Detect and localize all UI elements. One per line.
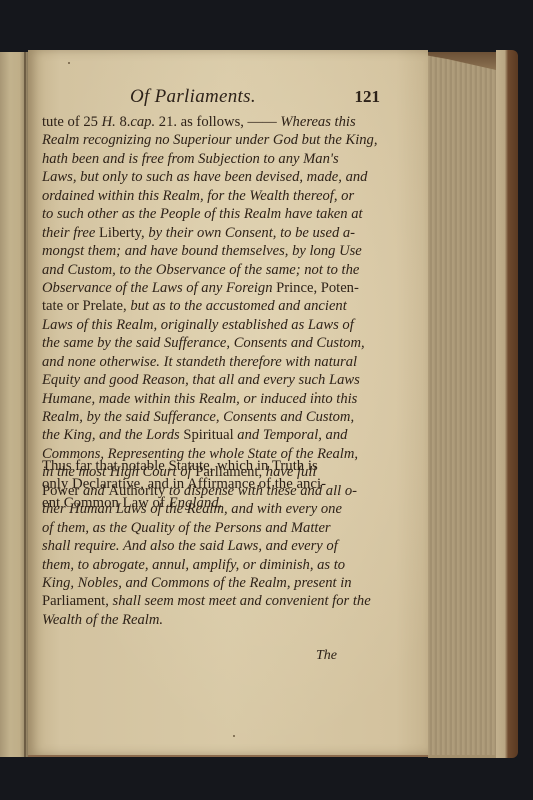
text-line: Humane, made within this Realm, or induc… xyxy=(42,390,295,408)
text-line: Observance of the Laws of any Foreign Pr… xyxy=(42,279,295,297)
text-line: King, Nobles, and Commons of the Realm, … xyxy=(42,574,295,592)
italic-text: shall require. And also the said Laws, a… xyxy=(42,538,338,554)
running-head: Of Parliaments. xyxy=(130,86,256,108)
italic-text: mongst them; and have bound themselves, … xyxy=(42,243,362,259)
text-line: and Custom, to the Observance of the sam… xyxy=(42,261,295,279)
paper-speck xyxy=(68,62,70,64)
italic-text: their free xyxy=(42,225,99,241)
italic-text: hath been and is free from Subjection to… xyxy=(42,151,339,167)
roman-text: 21. as follows, —— xyxy=(155,114,280,130)
italic-text: and Temporal, and xyxy=(234,427,348,443)
page-block-edges xyxy=(428,52,496,758)
text-line: Laws, but only to such as have been devi… xyxy=(42,168,295,186)
text-line: and none otherwise. It standeth therefor… xyxy=(42,353,295,371)
commentary-paragraph: Thus far that notable Statute, which in … xyxy=(42,457,295,512)
text-line: of them, as the Quality of the Persons a… xyxy=(42,519,295,537)
roman-text: 8. xyxy=(116,114,131,130)
text-line: Realm recognizing no Superiour under God… xyxy=(42,131,295,149)
italic-text: Laws, but only to such as have been devi… xyxy=(42,169,367,185)
catchword: The xyxy=(316,648,337,664)
italic-text: and Custom, to the Observance of the sam… xyxy=(42,262,359,278)
roman-text: Parliament, xyxy=(42,593,109,609)
roman-text: tate or Prelate, xyxy=(42,298,127,314)
italic-text: ordained within this Realm, for the Weal… xyxy=(42,188,354,204)
italic-text: Realm recognizing no Superiour under God… xyxy=(42,132,378,148)
page-number: 121 xyxy=(355,87,381,107)
text-line: their free Liberty, by their own Consent… xyxy=(42,224,295,242)
italic-text: Laws of this Realm, originally establish… xyxy=(42,317,354,333)
text-line: Parliament, shall seem most meet and con… xyxy=(42,592,295,610)
text-line: to such other as the People of this Real… xyxy=(42,205,295,223)
italic-text: King, Nobles, and Commons of the Realm, … xyxy=(42,575,352,591)
text-line: mongst them; and have bound themselves, … xyxy=(42,242,295,260)
statute-quotation-paragraph: tute of 25 H. 8.cap. 21. as follows, —— … xyxy=(42,113,295,629)
text-line: tate or Prelate, but as to the accustome… xyxy=(42,297,295,315)
page-header: Of Parliaments. 121 xyxy=(130,86,380,110)
text-line: them, to abrogate, annul, amplify, or di… xyxy=(42,556,295,574)
italic-text: of them, as the Quality of the Persons a… xyxy=(42,520,331,536)
book-cover-edge xyxy=(496,50,518,758)
text-line: the King, and the Lords Spiritual and Te… xyxy=(42,426,295,444)
text-line: only Declarative, and in Affirmance of t… xyxy=(42,475,295,493)
italic-text: by their own Consent, to be used a- xyxy=(145,225,355,241)
italic-text: cap. xyxy=(130,114,155,130)
italic-text: Wealth of the Realm. xyxy=(42,612,163,628)
roman-text: Prince, Poten- xyxy=(276,280,359,296)
text-line: hath been and is free from Subjection to… xyxy=(42,150,295,168)
italic-text: but as to the accustomed and ancient xyxy=(127,298,347,314)
italic-text: Observance of the Laws of any Foreign xyxy=(42,280,276,296)
italic-text: the same by the said Sufferance, Consent… xyxy=(42,335,365,351)
italic-text: Equity and good Reason, that all and eve… xyxy=(42,372,360,388)
text-line: Wealth of the Realm. xyxy=(42,611,295,629)
book-photograph: Of Parliaments. 121 tute of 25 H. 8.cap.… xyxy=(0,0,533,800)
roman-text: ent Common Law of xyxy=(42,495,169,511)
roman-text: only Declarative, and in Affirmance of t… xyxy=(42,476,326,492)
text-line: Realm, by the said Sufferance, Consents … xyxy=(42,408,295,426)
previous-page-edge xyxy=(0,52,28,757)
text-line: Laws of this Realm, originally establish… xyxy=(42,316,295,334)
italic-text: the King, and the Lords xyxy=(42,427,183,443)
roman-text: Spiritual xyxy=(183,427,233,443)
text-line: Equity and good Reason, that all and eve… xyxy=(42,371,295,389)
text-line: ent Common Law of England. xyxy=(42,494,295,512)
roman-text: Liberty, xyxy=(99,225,145,241)
italic-text: and none otherwise. It standeth therefor… xyxy=(42,354,357,370)
italic-text: England. xyxy=(169,495,223,511)
italic-text: Whereas this xyxy=(280,114,355,130)
italic-text: H. xyxy=(102,114,116,130)
text-line: the same by the said Sufferance, Consent… xyxy=(42,334,295,352)
italic-text: shall seem most meet and convenient for … xyxy=(109,593,371,609)
paper-speck xyxy=(233,735,235,737)
text-line: shall require. And also the said Laws, a… xyxy=(42,537,295,555)
italic-text: to such other as the People of this Real… xyxy=(42,206,363,222)
italic-text: Realm, by the said Sufferance, Consents … xyxy=(42,409,354,425)
roman-text: tute of 25 xyxy=(42,114,102,130)
italic-text: them, to abrogate, annul, amplify, or di… xyxy=(42,557,345,573)
italic-text: Humane, made within this Realm, or induc… xyxy=(42,391,357,407)
roman-text: Thus far that notable Statute, which in … xyxy=(42,458,318,474)
text-line: ordained within this Realm, for the Weal… xyxy=(42,187,295,205)
text-line: tute of 25 H. 8.cap. 21. as follows, —— … xyxy=(42,113,295,131)
text-line: Thus far that notable Statute, which in … xyxy=(42,457,295,475)
